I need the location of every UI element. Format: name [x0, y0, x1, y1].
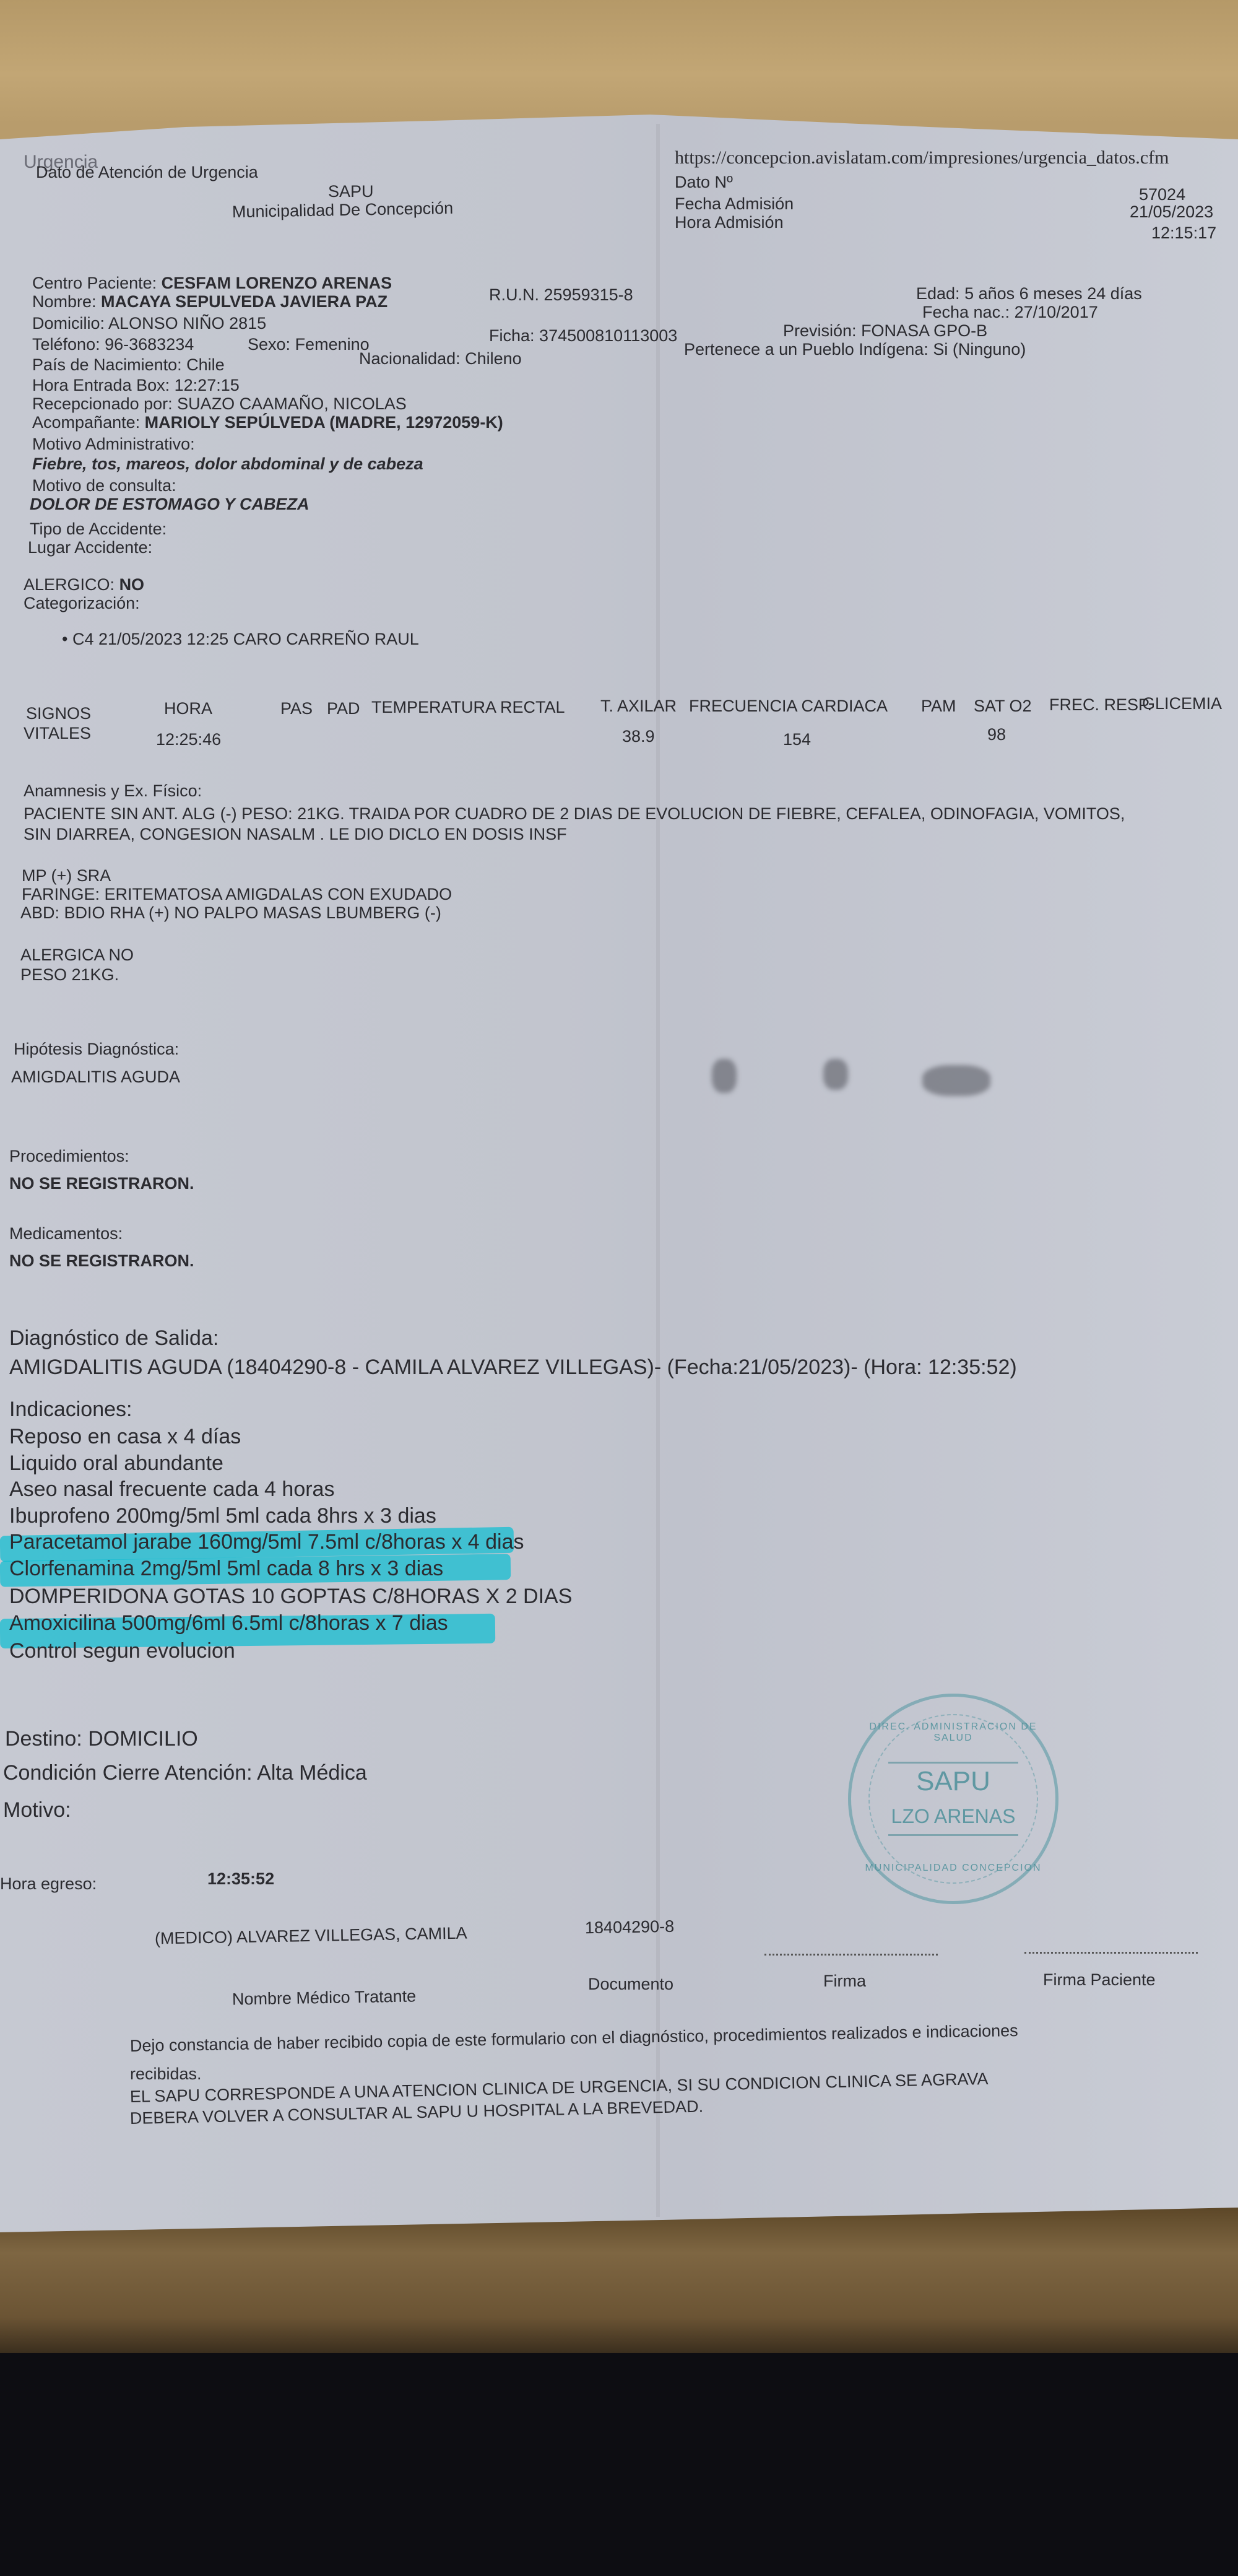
stamp-subtitle: LZO ARENAS — [851, 1805, 1055, 1828]
motivo-consulta-label: Motivo de consulta: — [32, 477, 176, 495]
motivo-consulta-value: DOLOR DE ESTOMAGO Y CABEZA — [30, 495, 309, 514]
hora-egreso-value: 12:35:52 — [207, 1870, 274, 1889]
medico-document: 18404290-8 — [585, 1918, 675, 1938]
stamp-line — [888, 1834, 1018, 1836]
hipotesis-label: Hipótesis Diagnóstica: — [14, 1040, 179, 1059]
vitals-label-1: SIGNOS — [26, 705, 91, 723]
fecha-admision-label: Fecha Admisión — [675, 195, 794, 214]
vitals-col-t-axilar: T. AXILAR — [600, 697, 677, 716]
sexo-row: Sexo: Femenino — [248, 336, 370, 354]
vitals-label-2: VITALES — [24, 724, 91, 743]
stamp-title: SAPU — [851, 1766, 1055, 1797]
run-row: R.U.N. 25959315-8 — [489, 286, 633, 305]
fecha-admision-value: 21/05/2023 — [1130, 203, 1213, 222]
anamnesis-line: ALERGICA NO — [20, 946, 134, 965]
vitals-fc-value: 154 — [783, 731, 811, 749]
medico-label: Nombre Médico Tratante — [232, 1987, 417, 2009]
bullet-icon: • — [62, 630, 72, 648]
indicacion-item: Liquido oral abundante — [9, 1452, 223, 1475]
vitals-col-glicemia: GLICEMIA — [1142, 695, 1222, 713]
telefono-row: Teléfono: 96-3683234 — [32, 336, 194, 354]
indicaciones-label: Indicaciones: — [9, 1398, 132, 1421]
ink-smudge — [922, 1065, 990, 1096]
salida-label: Diagnóstico de Salida: — [9, 1327, 219, 1350]
pueblo-indigena-row: Pertenece a un Pueblo Indígena: Si (Ning… — [684, 341, 1026, 359]
vitals-col-fc: FRECUENCIA CARDIACA — [689, 697, 888, 716]
recepcionado-row: Recepcionado por: SUAZO CAAMAÑO, NICOLAS — [32, 395, 407, 414]
lugar-accidente-label: Lugar Accidente: — [28, 539, 152, 557]
anamnesis-line: MP (+) SRA — [22, 867, 111, 885]
indicacion-item: DOMPERIDONA GOTAS 10 GOPTAS C/8HORAS X 2… — [9, 1585, 572, 1608]
vitals-col-pas: PAS — [280, 700, 313, 718]
dato-value: 57024 — [1139, 186, 1185, 204]
ficha-row: Ficha: 374500810113003 — [489, 327, 677, 346]
documento-label: Documento — [588, 1975, 673, 1994]
alergico-row: ALERGICO: NO — [24, 576, 144, 594]
hora-egreso-label: Hora egreso: — [0, 1875, 97, 1894]
vitals-col-pam: PAM — [921, 697, 956, 716]
indicacion-item: Aseo nasal frecuente cada 4 horas — [9, 1478, 334, 1501]
hipotesis-value: AMIGDALITIS AGUDA — [11, 1068, 180, 1087]
fecha-nac-row: Fecha nac.: 27/10/2017 — [922, 303, 1098, 322]
vitals-t-axilar-value: 38.9 — [622, 728, 655, 746]
indicacion-item: Reposo en casa x 4 días — [9, 1425, 241, 1448]
destino-row: Destino: DOMICILIO — [5, 1728, 198, 1751]
anamnesis-line: ABD: BDIO RHA (+) NO PALPO MASAS LBUMBER… — [20, 904, 441, 923]
ink-smudge — [712, 1059, 737, 1093]
hora-admision-label: Hora Admisión — [675, 214, 784, 232]
vitals-sat-o2-value: 98 — [987, 726, 1006, 744]
procedimientos-label: Procedimientos: — [9, 1147, 129, 1166]
dark-background — [0, 2353, 1238, 2576]
medicamentos-value: NO SE REGISTRARON. — [9, 1252, 194, 1271]
sapu-stamp: DIREC. ADMINISTRACION DE SALUD SAPU LZO … — [848, 1694, 1058, 1904]
categorizacion-item: • C4 21/05/2023 12:25 CARO CARREÑO RAUL — [62, 630, 419, 649]
print-url: https://concepcion.avislatam.com/impresi… — [675, 147, 1169, 168]
municipality: Municipalidad De Concepción — [232, 199, 454, 222]
motivo-admin-value: Fiebre, tos, mareos, dolor abdominal y d… — [32, 455, 423, 474]
motivo-cierre-label: Motivo: — [3, 1799, 71, 1822]
hora-admision-value: 12:15:17 — [1151, 224, 1216, 243]
vitals-col-sat-o2: SAT O2 — [974, 697, 1032, 716]
indicacion-item: Ibuprofeno 200mg/5ml 5ml cada 8hrs x 3 d… — [9, 1505, 436, 1528]
indicacion-item-highlighted: Paracetamol jarabe 160mg/5ml 7.5ml c/8ho… — [9, 1531, 524, 1554]
indicacion-item-highlighted: Amoxicilina 500mg/6ml 6.5ml c/8horas x 7… — [9, 1612, 448, 1635]
procedimientos-value: NO SE REGISTRARON. — [9, 1175, 194, 1193]
acompanante-row: Acompañante: MARIOLY SEPÚLVEDA (MADRE, 1… — [32, 414, 503, 432]
edad-row: Edad: 5 años 6 meses 24 días — [916, 285, 1142, 303]
prevision-row: Previsión: FONASA GPO-B — [783, 322, 987, 341]
paper-fold — [656, 124, 660, 2217]
stamp-top-arc: DIREC. ADMINISTRACION DE SALUD — [851, 1721, 1055, 1744]
firma-paciente-label: Firma Paciente — [1043, 1971, 1156, 1990]
domicilio-row: Domicilio: ALONSO NIÑO 2815 — [32, 315, 266, 333]
centro-row: Centro Paciente: CESFAM LORENZO ARENAS — [32, 274, 392, 293]
motivo-admin-label: Motivo Administrativo: — [32, 435, 195, 454]
footer-recibidas: recibidas. — [130, 2065, 202, 2084]
vitals-col-hora: HORA — [164, 700, 212, 718]
urgency-form-paper — [0, 115, 1238, 2232]
pais-row: País de Nacimiento: Chile — [32, 356, 225, 375]
vitals-col-frec-resp: FREC. RESP. — [1049, 696, 1152, 715]
dato-label: Dato Nº — [675, 173, 733, 192]
anamnesis-label: Anamnesis y Ex. Físico: — [24, 782, 202, 801]
stamp-line — [888, 1762, 1018, 1764]
medicamentos-label: Medicamentos: — [9, 1225, 123, 1243]
firma-line — [764, 1954, 938, 1956]
indicacion-item-highlighted: Clorfenamina 2mg/5ml 5ml cada 8 hrs x 3 … — [9, 1557, 443, 1580]
nombre-row: Nombre: MACAYA SEPULVEDA JAVIERA PAZ — [32, 293, 387, 311]
ink-smudge — [823, 1059, 848, 1090]
anamnesis-line: PESO 21KG. — [20, 966, 119, 985]
vitals-col-pad: PAD — [327, 700, 360, 718]
stamp-bottom-arc: MUNICIPALIDAD CONCEPCION — [851, 1863, 1055, 1874]
anamnesis-line: PACIENTE SIN ANT. ALG (-) PESO: 21KG. TR… — [24, 805, 1125, 824]
vitals-hora-value: 12:25:46 — [156, 731, 221, 749]
hora-box-row: Hora Entrada Box: 12:27:15 — [32, 376, 240, 395]
indicacion-item: Control segun evolucion — [9, 1640, 235, 1663]
tipo-accidente-label: Tipo de Accidente: — [30, 520, 167, 539]
nacionalidad-row: Nacionalidad: Chileno — [359, 350, 522, 368]
categorizacion-label: Categorización: — [24, 594, 140, 613]
firma-label: Firma — [823, 1972, 866, 1991]
org-name: SAPU — [328, 183, 374, 201]
vitals-col-temp-rectal: TEMPERATURA RECTAL — [371, 698, 565, 717]
anamnesis-line: SIN DIARREA, CONGESION NASALM . LE DIO D… — [24, 825, 567, 844]
anamnesis-line: FARINGE: ERITEMATOSA AMIGDALAS CON EXUDA… — [22, 885, 452, 904]
condicion-row: Condición Cierre Atención: Alta Médica — [3, 1762, 367, 1785]
firma-paciente-line — [1024, 1952, 1198, 1954]
salida-value: AMIGDALITIS AGUDA (18404290-8 - CAMILA A… — [9, 1356, 1017, 1379]
doc-title: Dato de Atención de Urgencia — [36, 163, 258, 182]
